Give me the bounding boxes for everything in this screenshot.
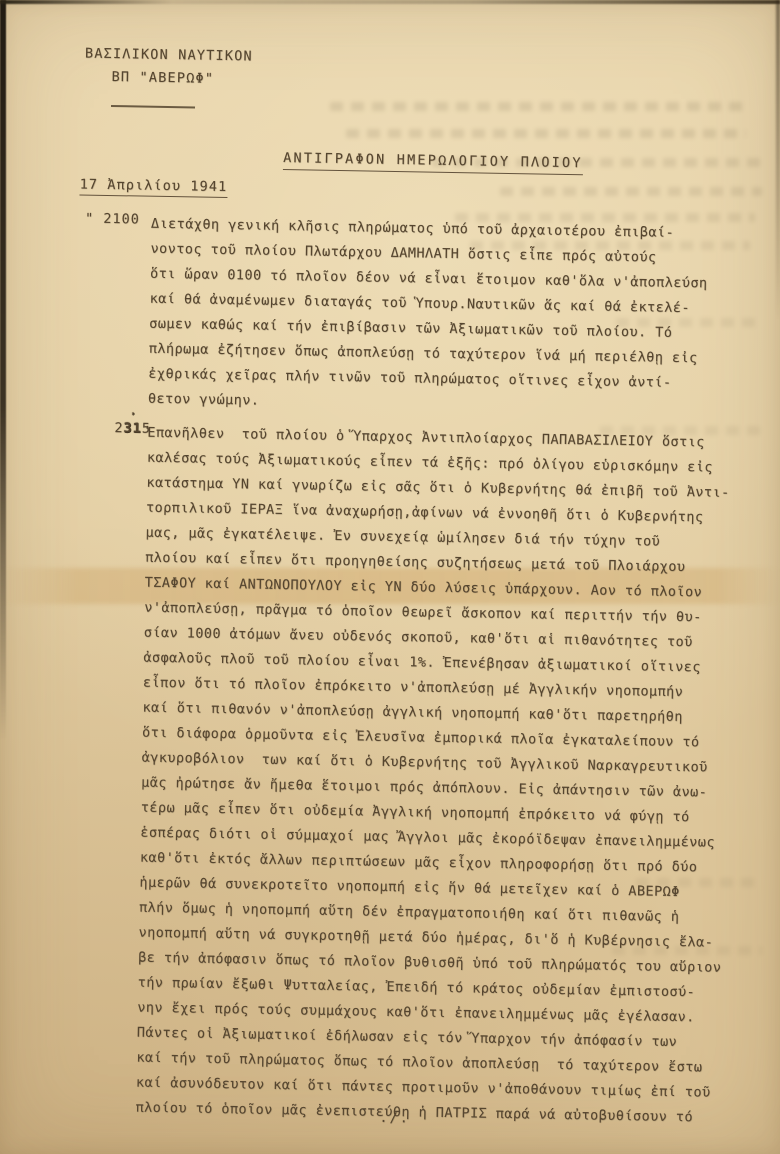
date-heading: 17 Ἀπριλίου 1941 bbox=[79, 176, 227, 198]
photo-edge-left bbox=[0, 0, 6, 740]
photo-edge-top bbox=[0, 0, 780, 4]
page: { "document": { "header": { "service": "… bbox=[0, 0, 780, 1154]
entry-time-digits: 2 bbox=[114, 420, 123, 436]
letterhead-ship-name: ΒΠ "ΑΒΕΡΩΦ" bbox=[111, 69, 214, 87]
end-of-page-mark: ./. bbox=[379, 1110, 410, 1127]
letterhead-service: ΒΑΣΙΛΙΚΟΝ ΝΑΥΤΙΚΟΝ bbox=[85, 46, 253, 65]
photo-edge-right bbox=[776, 0, 780, 320]
entry-text: Ἐπανῆλθεν τοῦ πλοίου ὁ Ὕπαρχος Ἀντιπλοία… bbox=[135, 421, 730, 1131]
log-entry: " 2100Διετάχθη γενική κλῆσις πληρώματος … bbox=[0, 209, 779, 223]
typed-content: ΒΑΣΙΛΙΚΟΝ ΝΑΥΤΙΚΟΝ ΒΠ "ΑΒΕΡΩΦ" ΑΝΤΙΓΡΑΦΟ… bbox=[0, 0, 780, 1154]
document-photo: ΒΑΣΙΛΙΚΟΝ ΝΑΥΤΙΚΟΝ ΒΠ "ΑΒΕΡΩΦ" ΑΝΤΙΓΡΑΦΟ… bbox=[0, 0, 780, 1154]
entry-time-digits: 2100 bbox=[103, 211, 140, 228]
document-title: ΑΝΤΙΓΡΑΦΟΝ ΗΜΕΡΩΛΟΓΙΟΥ ΠΛΟΙΟΥ bbox=[283, 150, 583, 175]
entry-text: Διετάχθη γενική κλῆσις πληρώματος ὑπό το… bbox=[148, 212, 709, 422]
letterhead-rule bbox=[111, 105, 195, 108]
entry-time: 2315 bbox=[114, 420, 151, 437]
paper-sheet: ΒΑΣΙΛΙΚΟΝ ΝΑΥΤΙΚΟΝ ΒΠ "ΑΒΕΡΩΦ" ΑΝΤΙΓΡΑΦΟ… bbox=[0, 0, 780, 1154]
entry-time-overstruck-digits: 31 bbox=[123, 420, 142, 436]
entry-time: " 2100 bbox=[85, 211, 140, 228]
